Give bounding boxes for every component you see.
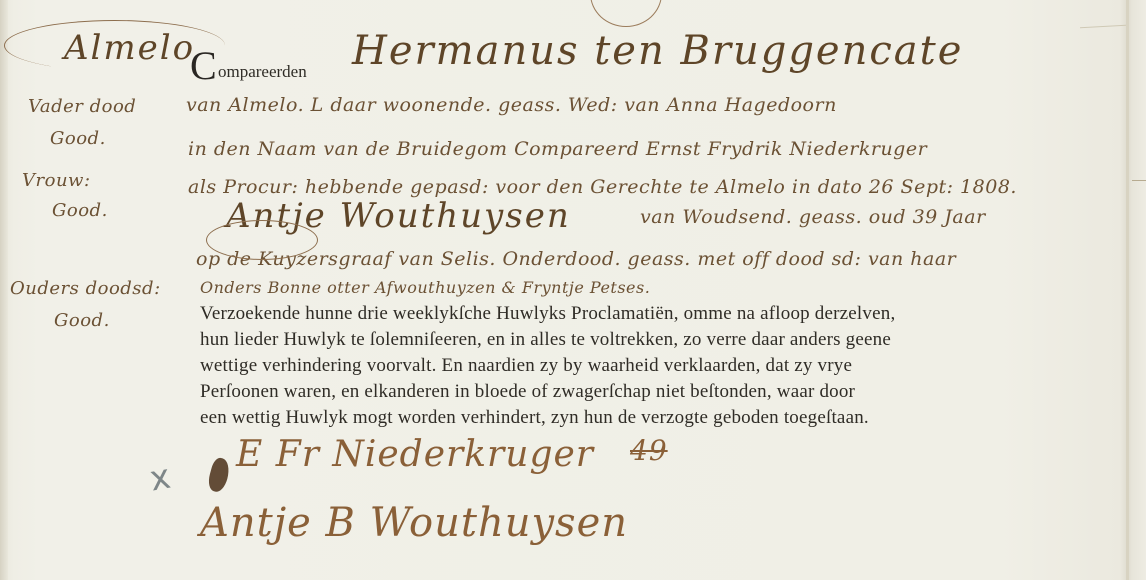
page-fold-line: [1126, 0, 1129, 580]
margin-tick: [1132, 180, 1146, 181]
groom-name: Hermanus ten Bruggencate: [352, 28, 963, 74]
signature-niederkruger: E Fr Niederkruger: [236, 434, 594, 475]
printed-dropcap: C: [190, 42, 217, 89]
printed-line-2: hun lieder Huwlyk te ſolemniſeeren, en i…: [200, 329, 891, 351]
handwritten-line-6: Onders Bonne otter Afwouthuyzen & Fryntj…: [200, 278, 650, 297]
margin-note-witness: Vrouw:: [22, 170, 91, 191]
register-page: Almelo Vader dood Good. Vrouw: Good. Oud…: [0, 0, 1146, 580]
margin-note-status: Good.: [50, 128, 106, 149]
margin-place-name: Almelo: [64, 28, 195, 68]
ink-flourish: [206, 220, 318, 260]
handwritten-line-3: als Procur: hebbende gepasd: voor den Ge…: [188, 176, 1017, 198]
page-binding-edge: [0, 0, 8, 580]
signature-wouthuysen: Antje B Wouthuysen: [200, 500, 628, 546]
printed-line-4: Perſoonen waren, en elkanderen in bloede…: [200, 381, 855, 403]
handwritten-line-1: van Almelo. L daar woonende. geass. Wed:…: [186, 94, 837, 116]
handwritten-line-4: van Woudsend. geass. oud 39 Jaar: [640, 206, 986, 228]
printed-line-1: Verzoekende hunne drie weeklykſche Huwly…: [200, 303, 895, 325]
printed-line-5: een wettig Huwlyk mogt worden verhindert…: [200, 407, 869, 429]
pencil-mark-x: x: [147, 457, 174, 500]
printed-line-3: wettige verhindering voorvalt. En naardi…: [200, 355, 852, 377]
handwritten-line-5: op de Kuyzersgraaf van Selis. Onderdood.…: [196, 248, 956, 270]
ink-blot: [206, 456, 232, 494]
ruled-line: [1080, 25, 1126, 28]
margin-note-groom-father: Vader dood: [28, 96, 136, 117]
ink-flourish: [590, 0, 662, 27]
signature-struck-number: 49: [630, 434, 668, 467]
printed-compareerden: ompareerden: [218, 62, 307, 82]
margin-note-status: Good.: [54, 310, 110, 331]
margin-note-status: Good.: [52, 200, 108, 221]
margin-note-bride-parents: Ouders doodsd:: [10, 278, 161, 299]
handwritten-line-2: in den Naam van de Bruidegom Compareerd …: [188, 138, 927, 160]
